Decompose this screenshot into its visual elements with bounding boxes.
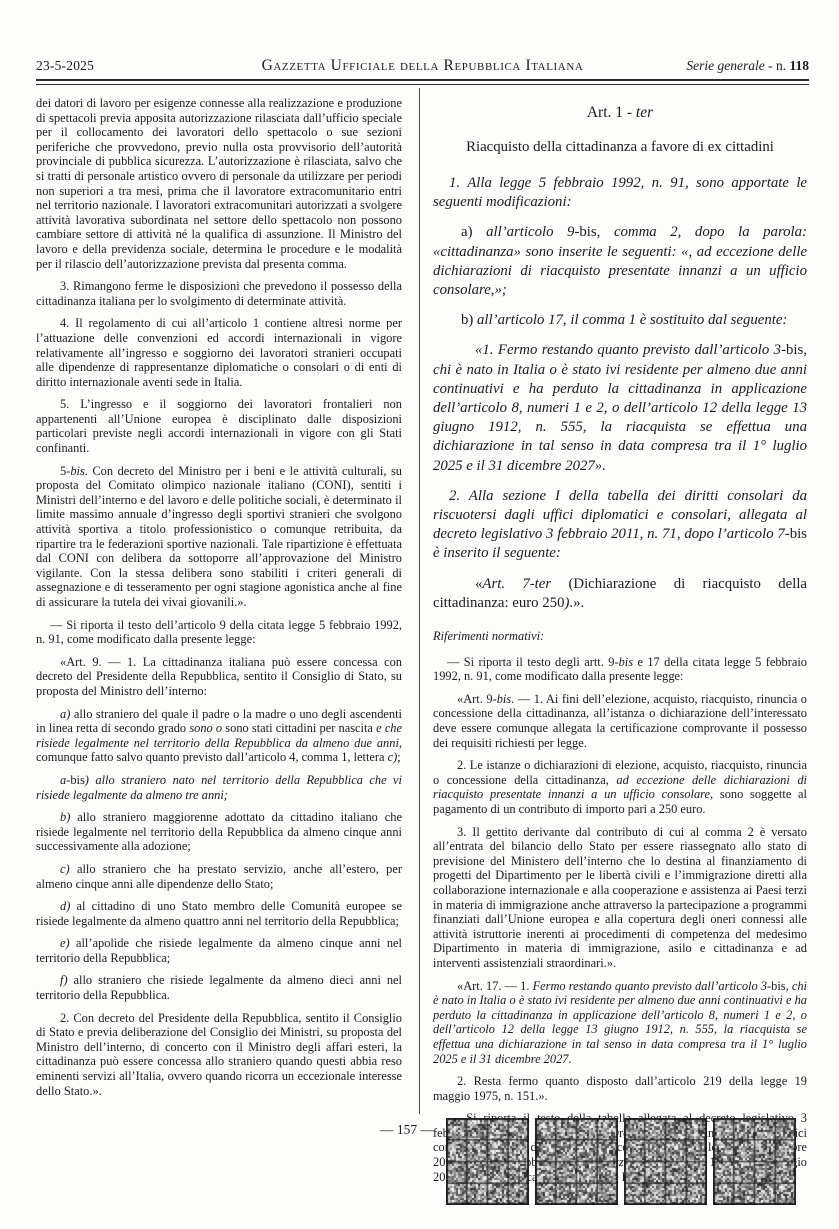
series-number: 118 [789, 58, 809, 73]
gazette-page: 23-5-2025 Gazzetta Ufficiale della Repub… [0, 0, 839, 1229]
paragraph: 2. Le istanze o dichiarazioni di elezion… [433, 758, 807, 816]
column-divider-rule [419, 88, 420, 1114]
paragraph: c) allo straniero che ha prestato serviz… [36, 862, 402, 891]
paragraph: «Art. 17. — 1. Fermo restando quanto pre… [433, 979, 807, 1067]
noise-block-image [624, 1118, 707, 1205]
series-mid: - n. [765, 58, 790, 73]
paragraph: «Art. 7-ter (Dichiarazione di riacquisto… [433, 575, 807, 613]
page-header: 23-5-2025 Gazzetta Ufficiale della Repub… [36, 57, 809, 75]
right-column: Art. 1 - terRiacquisto della cittadinanz… [433, 96, 807, 1192]
paragraph: — Si riporta il testo dell’articolo 9 de… [36, 618, 402, 647]
paragraph: f) allo straniero che risiede legalmente… [36, 973, 402, 1002]
paragraph: dei datori di lavoro per esigenze connes… [36, 96, 402, 271]
paragraph: «1. Fermo restando quanto previsto dall’… [433, 341, 807, 475]
gazette-title: Gazzetta Ufficiale della Repubblica Ital… [196, 57, 649, 75]
refs-heading: Riferimenti normativi: [433, 629, 807, 644]
paragraph: Riacquisto della cittadinanza a favore d… [433, 138, 807, 156]
header-double-rule [36, 79, 809, 85]
series-name: Serie generale [686, 58, 764, 73]
paragraph: 5-bis. Con decreto del Ministro per i be… [36, 464, 402, 610]
right-column-law-text: Art. 1 - terRiacquisto della cittadinanz… [433, 104, 807, 613]
refs-heading-label: Riferimenti normativi: [433, 629, 544, 643]
paragraph: 2. Alla sezione I della tabella dei diri… [433, 487, 807, 564]
paragraph: «Art. 9-bis. — 1. Ai fini dell’elezione,… [433, 692, 807, 750]
right-column-refs: — Si riporta il testo degli artt. 9-bis … [433, 655, 807, 1185]
left-column: dei datori di lavoro per esigenze connes… [36, 96, 402, 1106]
noise-block-image [535, 1118, 618, 1205]
paragraph: 3. Il gettito derivante dal contributo d… [433, 825, 807, 971]
paragraph: 2. Resta fermo quanto disposto dall’arti… [433, 1074, 807, 1103]
paragraph: 5. L’ingresso e il soggiorno dei lavorat… [36, 397, 402, 455]
paragraph: 3. Rimangono ferme le disposizioni che p… [36, 279, 402, 308]
noise-block-image [713, 1118, 796, 1205]
paragraph: 4. Il regolamento di cui all’articolo 1 … [36, 316, 402, 389]
paragraph: e) all’apolide che risiede legalmente da… [36, 936, 402, 965]
paragraph: — Si riporta il testo degli artt. 9-bis … [433, 655, 807, 684]
header-series: Serie generale - n. 118 [649, 58, 809, 74]
paragraph: b) all’articolo 17, il comma 1 è sostitu… [433, 311, 807, 330]
paragraph: d) al cittadino di uno Stato membro dell… [36, 899, 402, 928]
noise-block-image [446, 1118, 529, 1205]
header-date: 23-5-2025 [36, 58, 196, 74]
scan-noise-blocks [446, 1118, 796, 1205]
paragraph: 2. Con decreto del Presidente della Repu… [36, 1011, 402, 1099]
paragraph: 1. Alla legge 5 febbraio 1992, n. 91, so… [433, 174, 807, 212]
paragraph: «Art. 9. — 1. La cittadinanza italiana p… [36, 655, 402, 699]
paragraph: b) allo straniero maggiorenne adottato d… [36, 810, 402, 854]
paragraph: a) allo straniero del quale il padre o l… [36, 707, 402, 765]
paragraph: a-bis) allo straniero nato nel territori… [36, 773, 402, 802]
paragraph: Art. 1 - ter [433, 104, 807, 122]
paragraph: a) all’articolo 9-bis, comma 2, dopo la … [433, 223, 807, 300]
